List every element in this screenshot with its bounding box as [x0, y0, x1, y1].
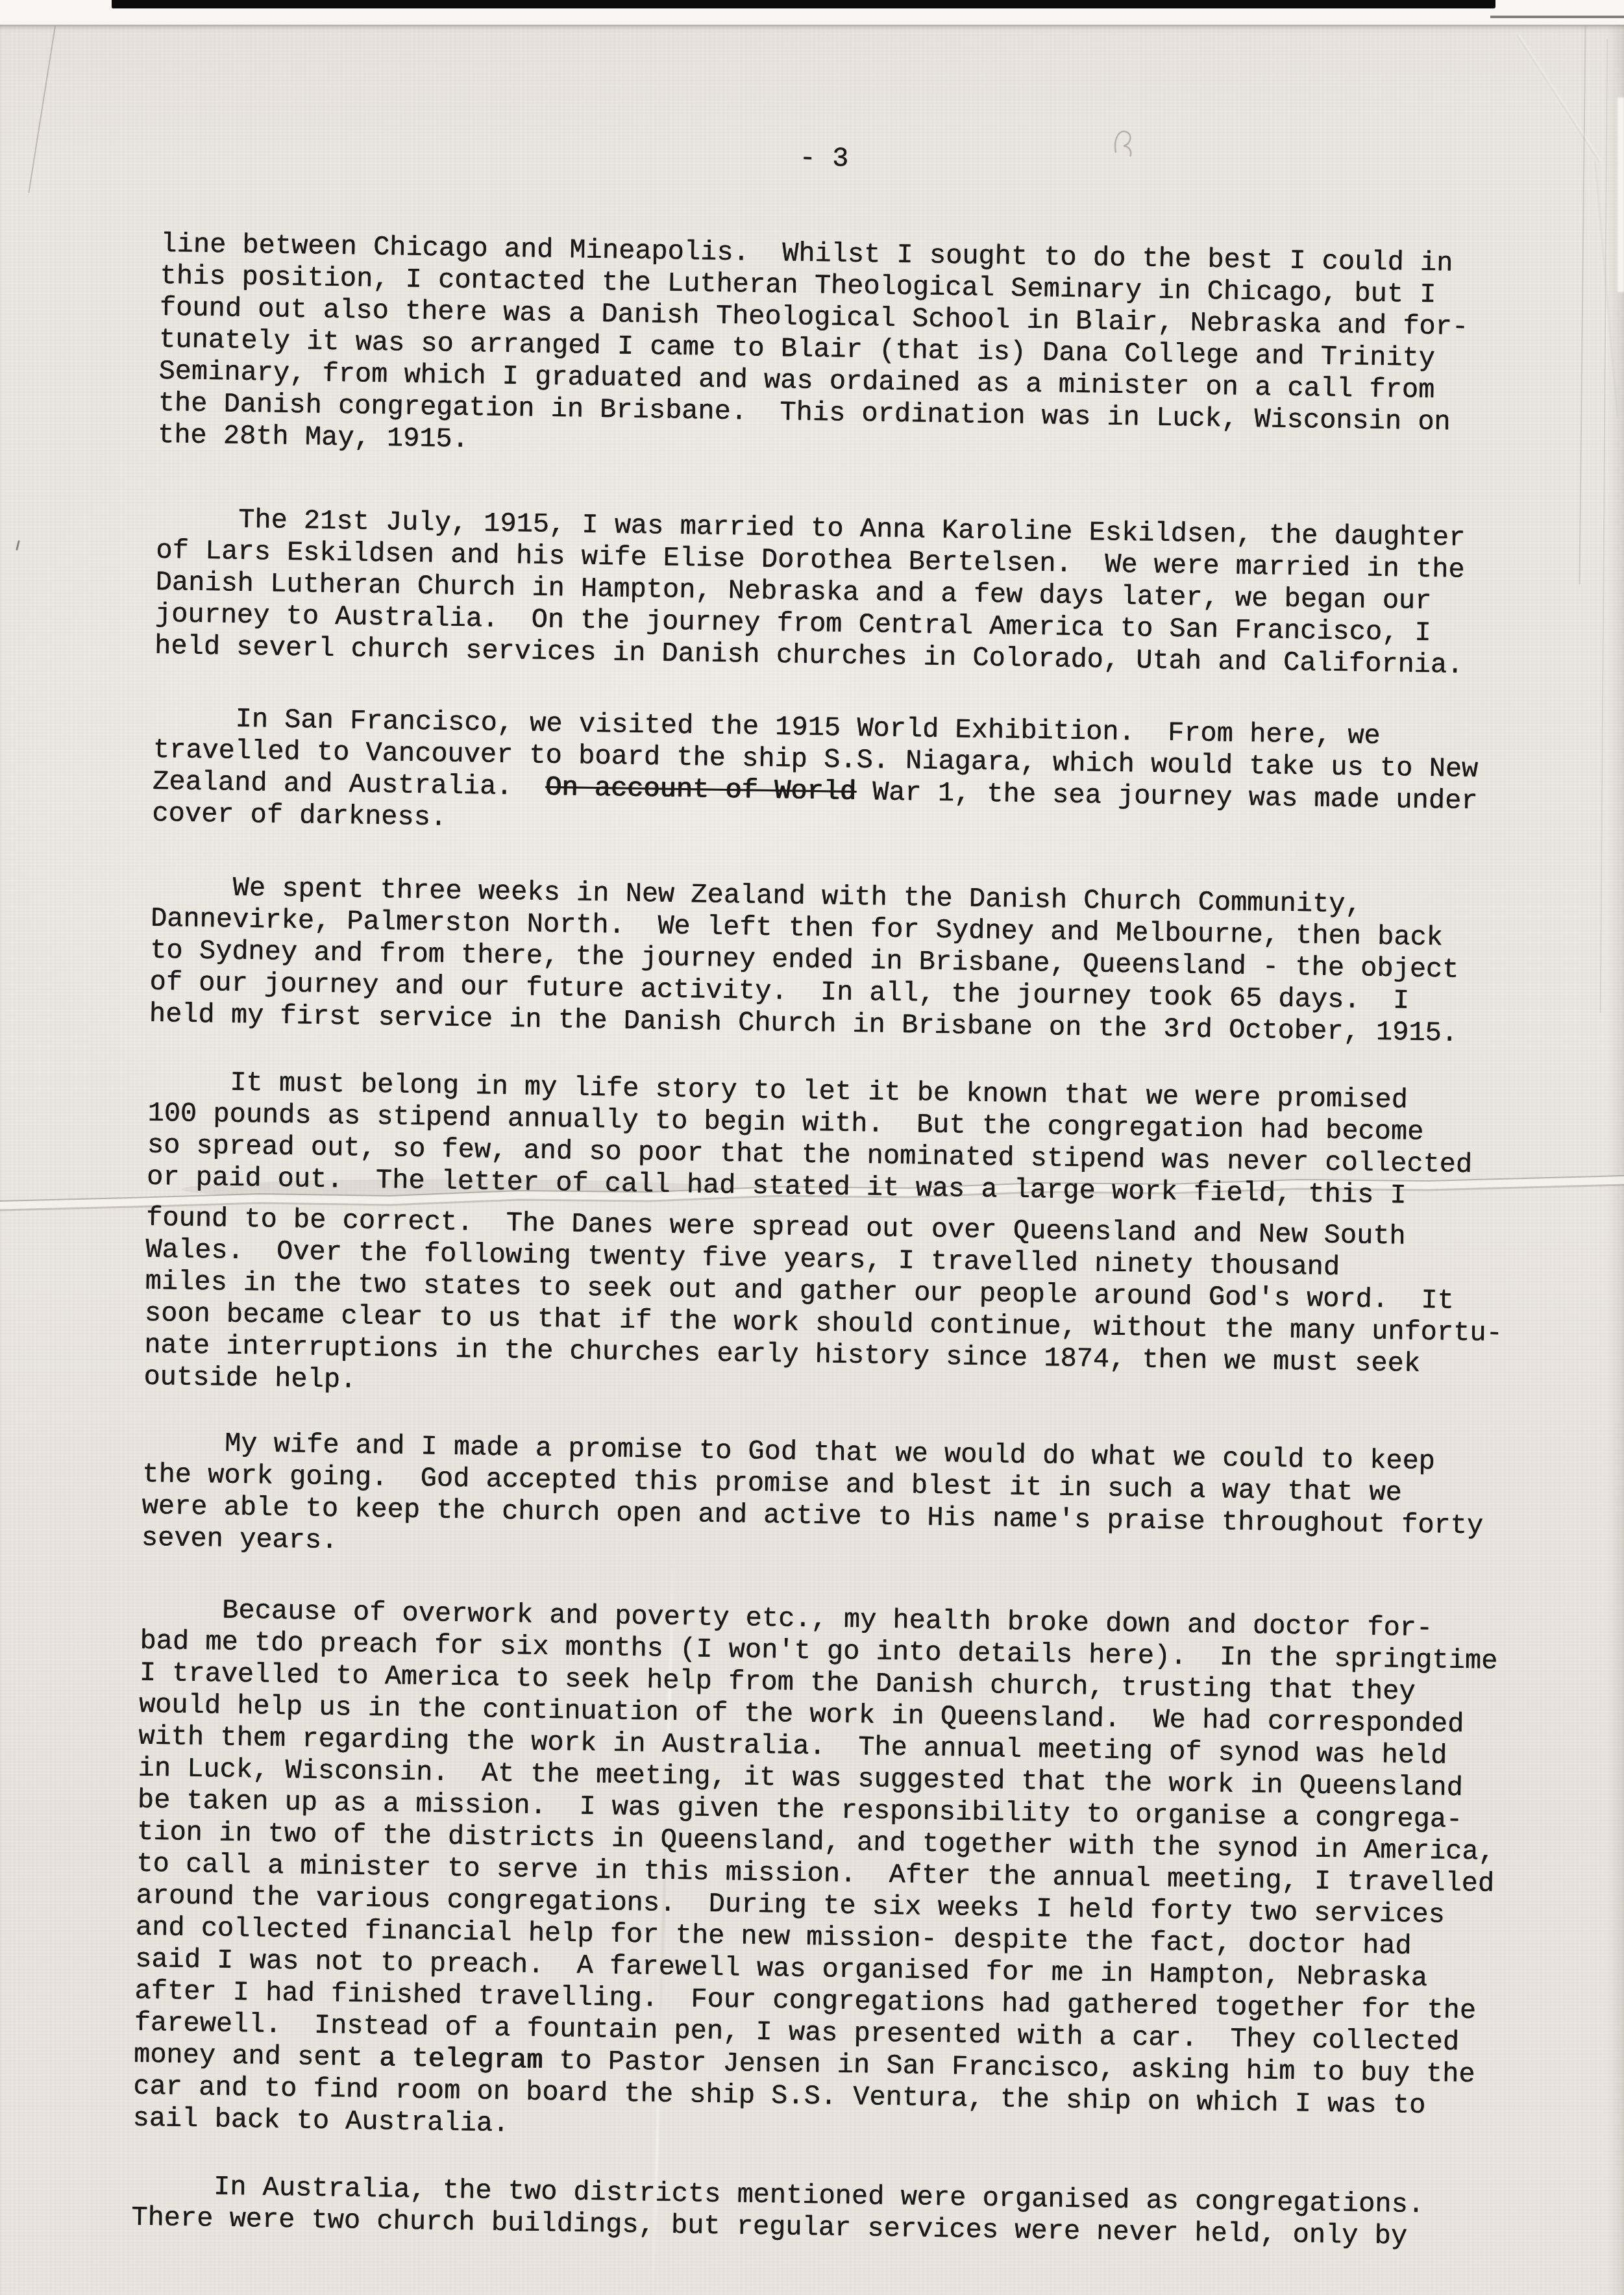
- paragraph: My wife and I made a promise to God that…: [141, 1427, 1507, 1574]
- text-segment: Zealand and Australia.: [153, 766, 546, 803]
- overstruck-text-segment: a telegram: [379, 2042, 543, 2076]
- paragraph: line between Chicago and Mineapolis. Whi…: [158, 229, 1524, 471]
- scanner-top-bar: [112, 0, 1495, 8]
- paragraph: We spent three weeks in New Zealand with…: [149, 871, 1514, 1050]
- right-edge-highlight: [1618, 97, 1624, 292]
- paragraph: Because of overwork and poverty etc., my…: [132, 1594, 1503, 2155]
- paragraph: In San Francisco, we visited the 1915 Wo…: [152, 702, 1517, 850]
- typed-text: - 3 line between Chicago and Mineapolis.…: [131, 133, 1525, 2254]
- paragraph: It must belong in my life story to let i…: [143, 1066, 1511, 1413]
- scanned-document-page: - 3 line between Chicago and Mineapolis.…: [0, 0, 1624, 2295]
- text-segment: money and sent: [134, 2039, 380, 2074]
- struck-text-segment: On account of World: [545, 772, 857, 808]
- scanner-top-bar-thin: [1490, 16, 1624, 18]
- right-edge-shadow: [1607, 25, 1624, 2295]
- paragraph: The 21st July, 1915, I was married to An…: [154, 503, 1519, 682]
